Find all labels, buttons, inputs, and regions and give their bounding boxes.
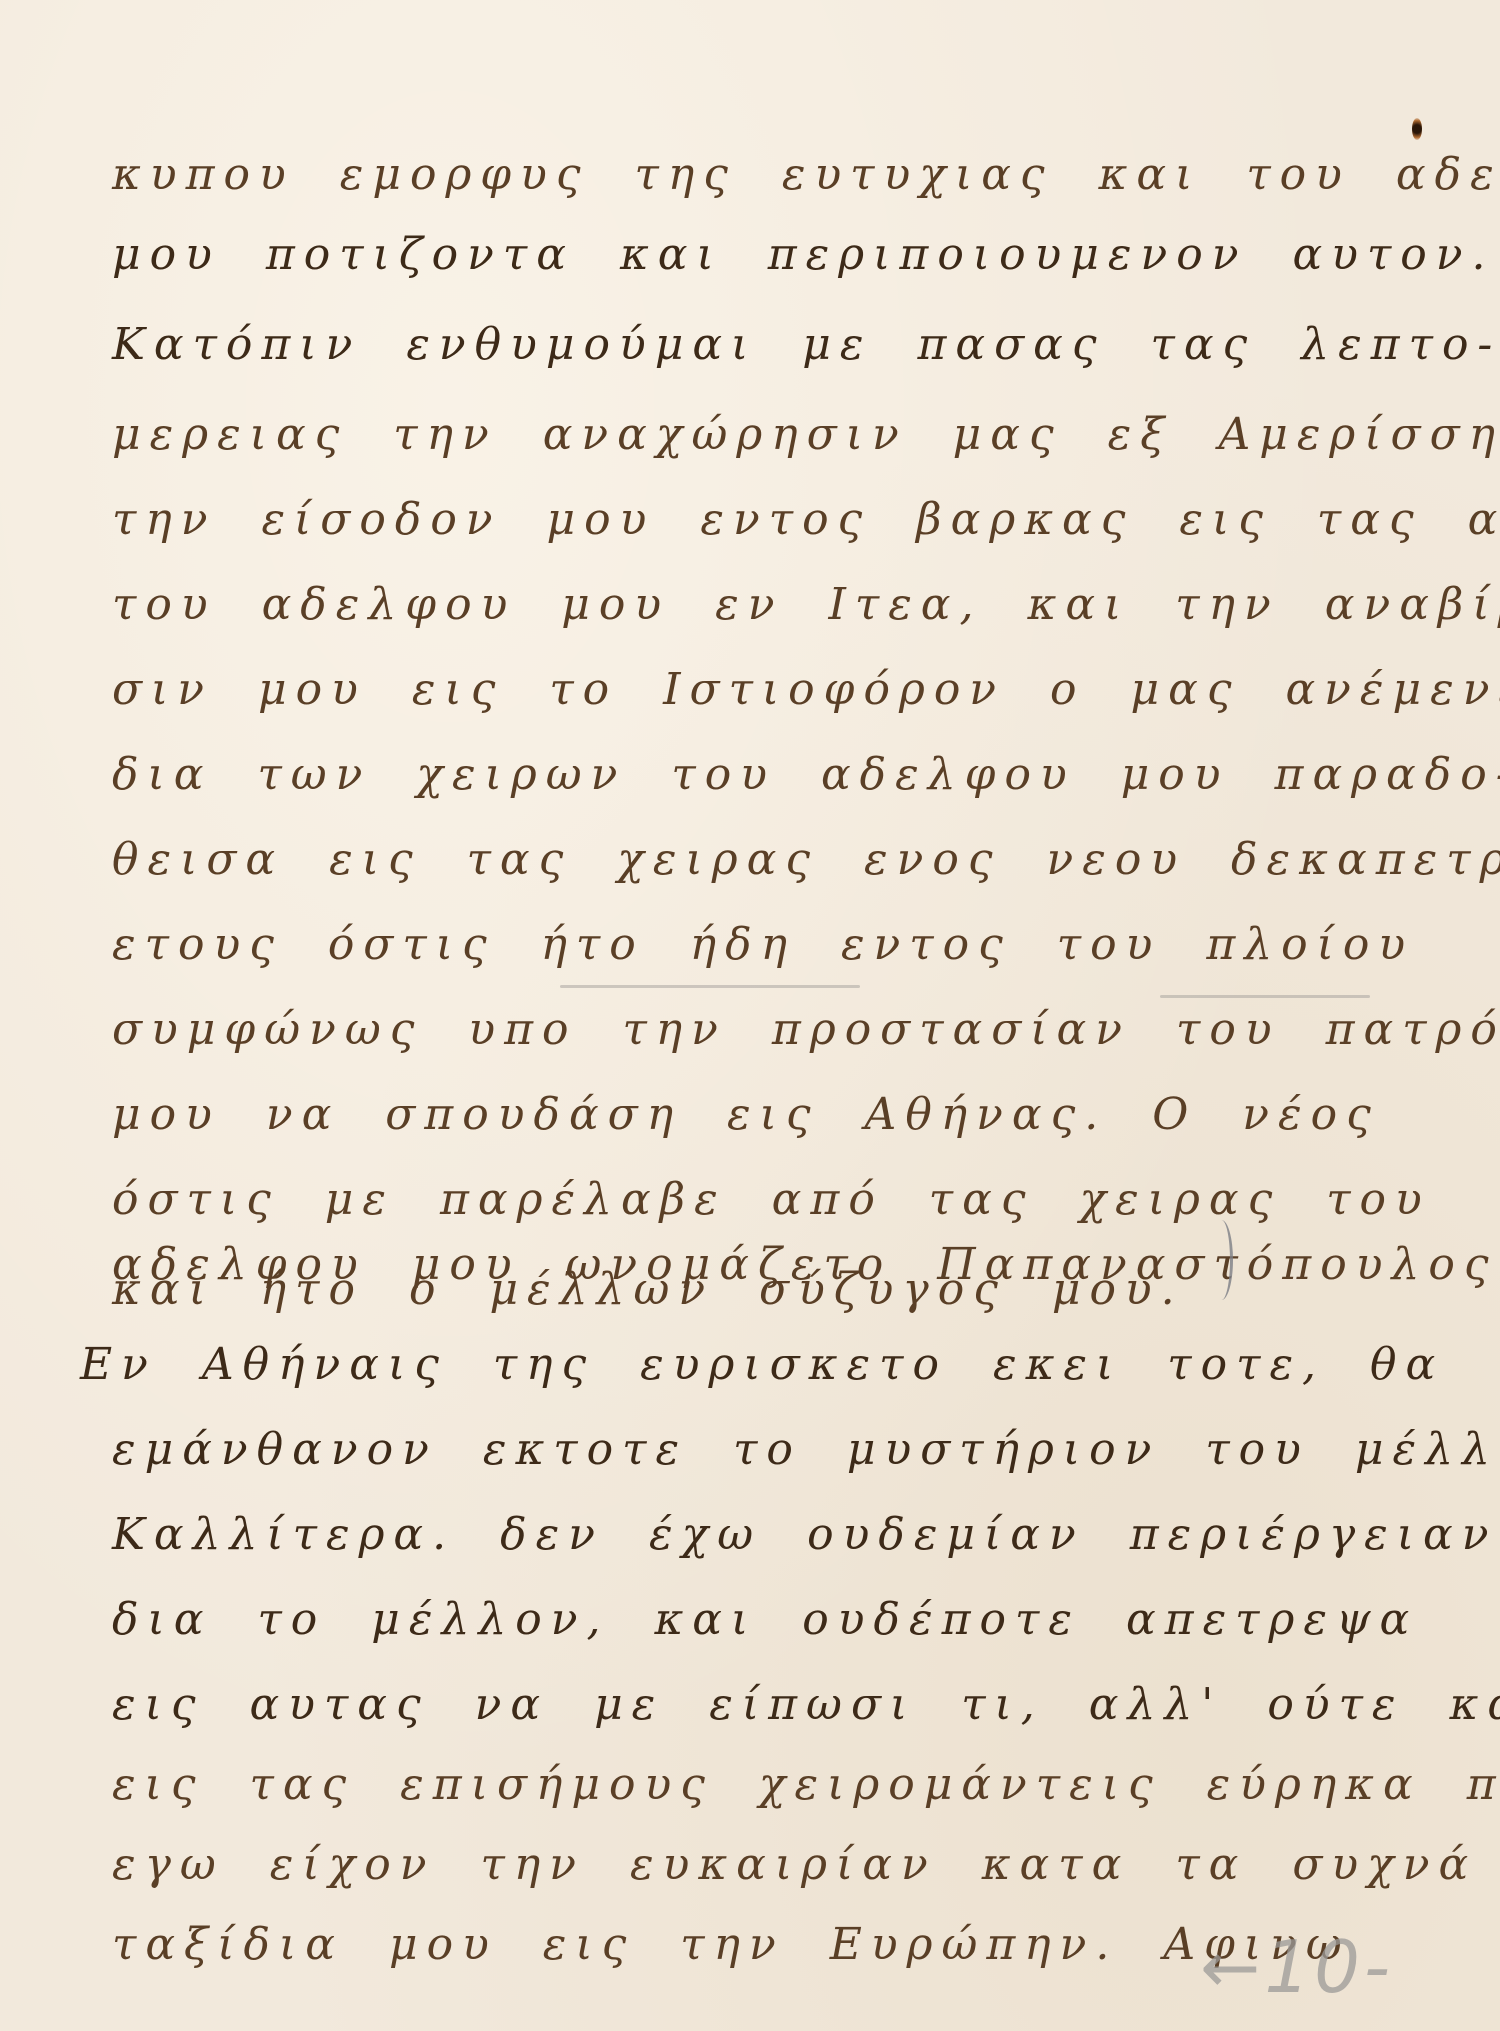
manuscript-page: κυπου εμορφυς της ευτυχιας και του αδελφ… [0,0,1500,2031]
text-line-6: του αδελφου μου εν Ιτεα, και την αναβίβα… [112,565,1470,645]
text-line-10: ετους όστις ήτο ήδη εντος του πλοίου [112,905,1470,985]
text-line-15: και ήτο ο μέλλων σύζυγος μου. [112,1250,1470,1330]
text-line-5: την είσοδον μου εντος βαρκας εις τας αγκ… [112,480,1470,560]
text-line-19: δια το μέλλον, και ουδέποτε απετρεψα [112,1580,1470,1660]
text-line-18: Καλλίτερα. δεν έχω ουδεμίαν περιέργειαν [112,1495,1470,1575]
text-line-22: εγω είχον την ευκαιρίαν κατα τα συχνά [112,1825,1470,1905]
text-line-12: μου να σπουδάση εις Αθήνας. Ο νέος [112,1075,1470,1155]
text-line-16: Εν Αθήναις της ευρισκετο εκει τοτε, θα [80,1325,1470,1405]
text-line-3: Κατόπιν ενθυμούμαι με πασας τας λεπτο- [112,305,1470,385]
text-line-8: δια των χειρων του αδελφου μου παραδο- [112,735,1470,815]
pencil-bracket [1210,1220,1233,1300]
pencil-page-number: ←10- [1200,1925,1394,2009]
text-line-17: εμάνθανον εκτοτε το μυστήριον του μέλλον… [112,1410,1470,1490]
text-line-11: συμφώνως υπο την προστασίαν του πατρός [112,990,1470,1070]
text-line-7: σιν μου εις το Ιστιοφόρον ο μας ανέμενε [112,650,1470,730]
text-line-4: μερειας την αναχώρησιν μας εξ Αμερίσσης [112,395,1470,475]
text-line-20: εις αυτας να με είπωσι τι, αλλ' ούτε και [112,1665,1470,1745]
text-line-21: εις τας επισήμους χειρομάντεις εύρηκα πο… [112,1745,1470,1825]
text-line-2: μου ποτιζοντα και περιποιουμενον αυτον. [112,215,1470,295]
pencil-underline [560,985,860,988]
text-line-9: θεισα εις τας χειρας ενος νεου δεκαπετρα [112,820,1470,900]
text-line-1: κυπου εμορφυς της ευτυχιας και του αδελφ… [112,135,1470,215]
